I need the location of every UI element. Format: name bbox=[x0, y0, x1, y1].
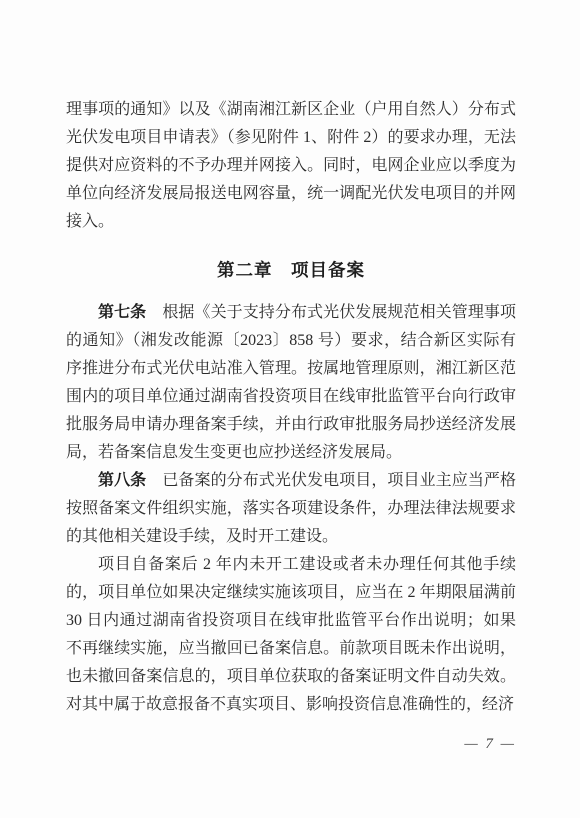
article-7: 第七条 根据《关于支持分布式光伏发展规范相关管理事项的通知》（湘发改能源〔202… bbox=[66, 299, 516, 467]
article-8-label: 第八条 bbox=[98, 472, 146, 489]
paragraph-continuation: 理事项的通知》以及《湖南湘江新区企业（户用自然人）分布式光伏发电项目申请表》（参… bbox=[66, 96, 516, 236]
article-7-text: 根据《关于支持分布式光伏发展规范相关管理事项的通知》（湘发改能源〔2023〕85… bbox=[66, 304, 516, 461]
text-block: 理事项的通知》以及《湖南湘江新区企业（户用自然人）分布式光伏发电项目申请表》（参… bbox=[66, 96, 516, 719]
article-8: 第八条 已备案的分布式光伏发电项目，项目业主应当严格按照备案文件组织实施，落实各… bbox=[66, 467, 516, 551]
page-number: — 7 — bbox=[464, 736, 516, 753]
paragraph-deadline: 项目自备案后 2 年内未开工建设或者未办理任何其他手续的，项目单位如果决定继续实… bbox=[66, 551, 516, 719]
chapter-heading: 第二章 项目备案 bbox=[66, 258, 516, 282]
document-page: 理事项的通知》以及《湖南湘江新区企业（户用自然人）分布式光伏发电项目申请表》（参… bbox=[0, 0, 580, 818]
article-7-label: 第七条 bbox=[98, 304, 146, 321]
